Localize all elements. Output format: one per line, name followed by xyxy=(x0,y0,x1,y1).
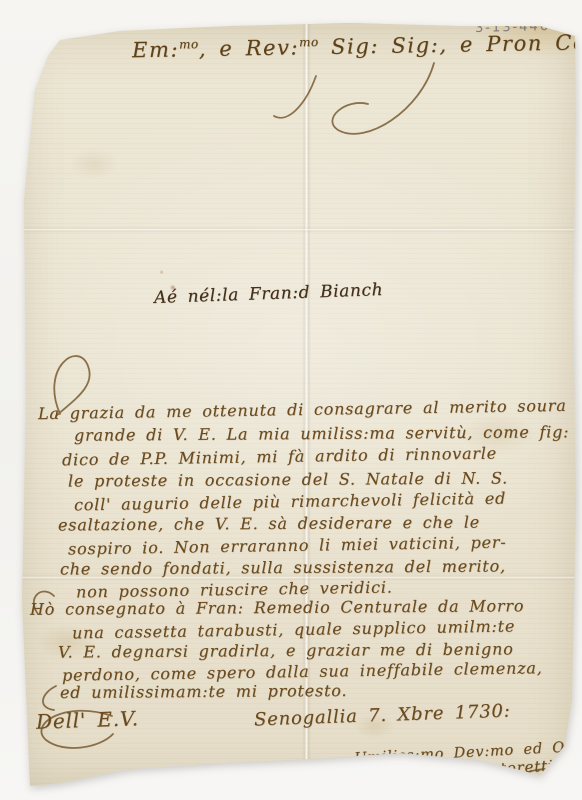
salutation-fragment: Em: xyxy=(132,37,180,62)
handwritten-line: coll' augurio delle più rimarchevoli fel… xyxy=(74,489,506,515)
salutation-superscript: mo xyxy=(299,35,319,49)
letter-salutation: Em:mo, e Rev:mo Sig: Sig:, e Pron Col:mo xyxy=(132,30,582,63)
handwritten-line: che sendo fondati, sulla sussistenza del… xyxy=(60,556,506,578)
handwritten-line: esaltazione, che V. E. sà desiderare e c… xyxy=(58,513,480,535)
fold-crease-horizontal-upper xyxy=(16,226,576,233)
salutation-fragment: , e Rev: xyxy=(199,35,300,61)
paper-shadow-wrap: 3-13-446 Em:mo, e Rev:mo Sig: Sig:, e Pr… xyxy=(0,0,582,800)
signature-name: Giacomo Fantoretti xyxy=(388,757,554,784)
salutation-superscript: mo xyxy=(179,37,199,51)
flourish-heading-descender xyxy=(332,63,434,134)
handwritten-line: sospiro io. Non erraranno li miei vatici… xyxy=(68,533,507,559)
handwritten-line: ed umilissimam:te mi protesto. xyxy=(60,681,347,702)
handwritten-line: le proteste in occasione del S. Natale d… xyxy=(68,468,508,490)
flourish-initial-ed xyxy=(43,686,56,710)
salutation-fragment: Sig: Sig:, e Pron Col: xyxy=(319,30,582,59)
handwritten-line: grande di V. E. La mia umiliss:ma servit… xyxy=(74,422,569,444)
letter-closing: Dell' E.V. xyxy=(36,706,140,734)
handwritten-line: una cassetta tarabusti, quale supplico u… xyxy=(72,617,515,643)
address-annotation: Aé nél:la Fran:d Bianch xyxy=(154,280,384,308)
manuscript-page: 3-13-446 Em:mo, e Rev:mo Sig: Sig:, e Pr… xyxy=(16,18,576,788)
scan-background: 3-13-446 Em:mo, e Rev:mo Sig: Sig:, e Pr… xyxy=(0,0,582,800)
handwritten-line: Hò consegnato à Fran: Remedio Centurale … xyxy=(30,596,524,618)
handwritten-line: V. E. degnarsi gradirla, e graziar me di… xyxy=(58,639,514,661)
handwritten-line: dico de P.P. Minimi, mi fà ardito di rin… xyxy=(62,444,497,470)
letter-dateline: Senogallia 7. Xbre 1730: xyxy=(254,701,511,731)
